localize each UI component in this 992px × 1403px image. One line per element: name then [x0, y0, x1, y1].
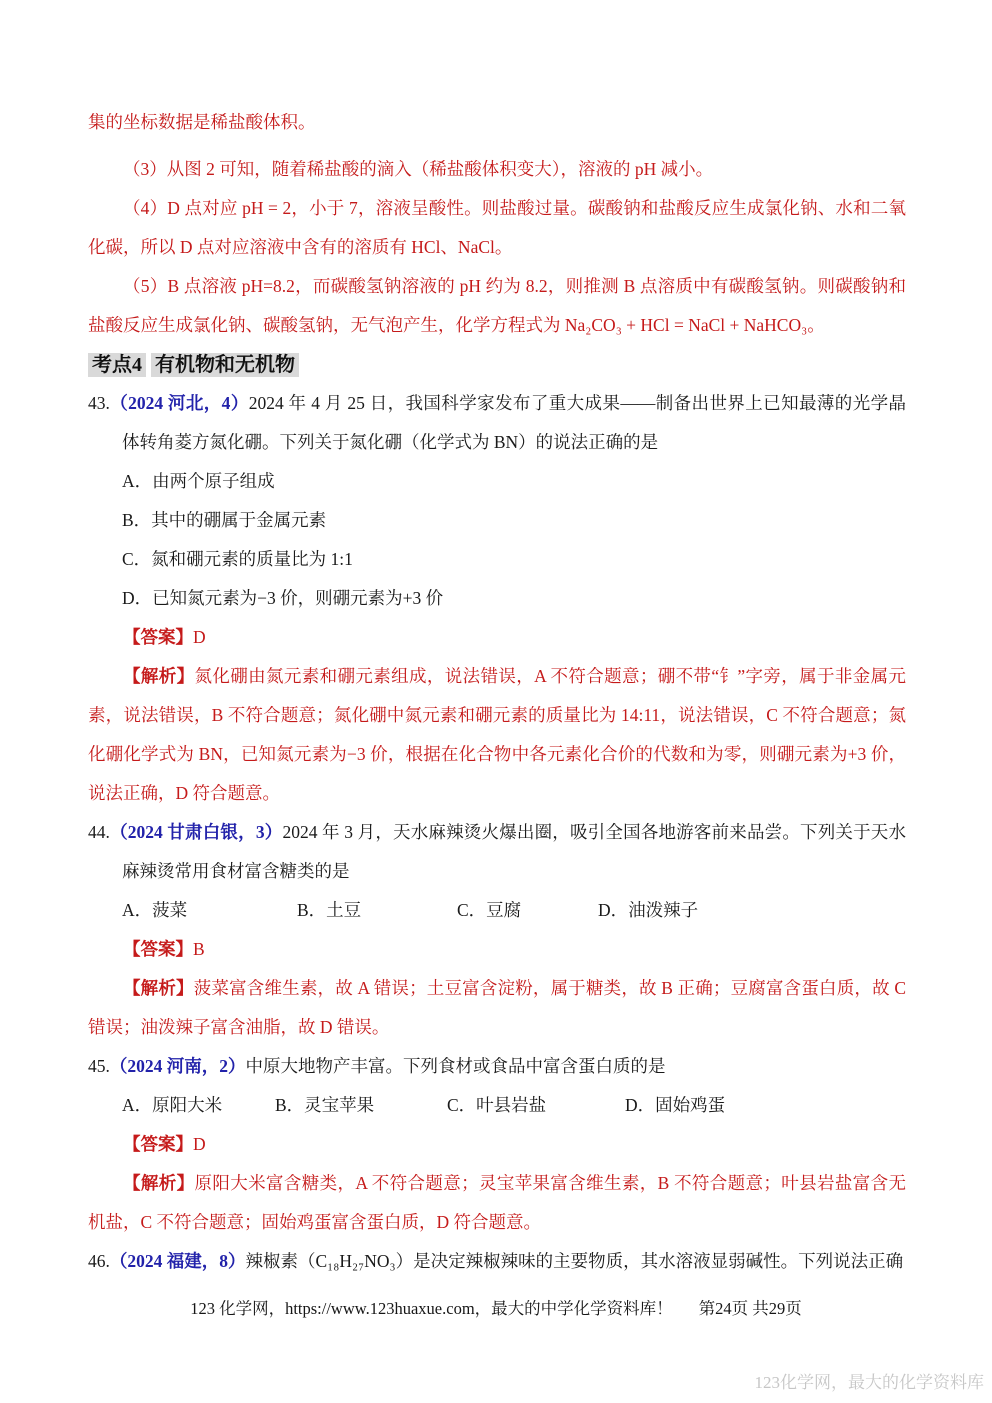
question-source: （2024 福建，8） [110, 1251, 246, 1271]
option-c: C．豆腐 [457, 891, 598, 930]
section-heading: 考点4 有机物和无机物 [88, 348, 906, 382]
section-title: 有机物和无机物 [151, 353, 299, 377]
analysis-label: 【解析】 [123, 666, 195, 686]
question-block-46: 46.（2024 福建，8）辣椒素（C₁₈H₂₇NO₃）是决定辣椒辣味的主要物质… [88, 1242, 906, 1281]
footer-page-number: 第24页 共29页 [699, 1299, 802, 1318]
question-43-stem-line: 43.（2024 河北，4）2024 年 4 月 25 日，我国科学家发布了重大… [88, 384, 906, 462]
intro-paragraph-5: （5）B 点溶液 pH=8.2，而碳酸氢钠溶液的 pH 约为 8.2，则推测 B… [88, 267, 906, 345]
analysis-paragraph: 【解析】原阳大米富含糖类，A 不符合题意；灵宝苹果富含维生素，B 不符合题意；叶… [88, 1164, 906, 1242]
option-d: D．已知氮元素为−3 价，则硼元素为+3 价 [88, 579, 906, 618]
section-badge: 考点4 [88, 353, 146, 377]
option-d: D．油泼辣子 [598, 891, 698, 930]
option-b: B．其中的硼属于金属元素 [88, 501, 906, 540]
option-c: C．氮和硼元素的质量比为 1:1 [88, 540, 906, 579]
option-a: A．菠菜 [122, 891, 297, 930]
analysis-label: 【解析】 [123, 978, 194, 998]
question-number: 46. [88, 1251, 110, 1271]
option-b: B．土豆 [297, 891, 457, 930]
option-c: C．叶县岩盐 [447, 1086, 625, 1125]
document-page: 集的坐标数据是稀盐酸体积。 （3）从图 2 可知，随着稀盐酸的滴入（稀盐酸体积变… [0, 0, 992, 1403]
question-44-stem-line: 44.（2024 甘肃白银，3）2024 年 3 月，天水麻辣烫火爆出圈，吸引全… [88, 813, 906, 891]
page-footer: 123 化学网，https://www.123huaxue.com，最大的中学化… [0, 1296, 992, 1322]
question-45-stem-line: 45.（2024 河南，2）中原大地物产丰富。下列食材或食品中富含蛋白质的是 [88, 1047, 906, 1086]
footer-site-info: 123 化学网，https://www.123huaxue.com，最大的中学化… [190, 1299, 672, 1318]
options-row: A．菠菜B．土豆C．豆腐D．油泼辣子 [88, 891, 906, 930]
option-b: B．灵宝苹果 [275, 1086, 447, 1125]
question-46-stem-line: 46.（2024 福建，8）辣椒素（C₁₈H₂₇NO₃）是决定辣椒辣味的主要物质… [88, 1242, 906, 1281]
option-a: A．由两个原子组成 [88, 462, 906, 501]
question-stem-text: 中原大地物产丰富。下列食材或食品中富含蛋白质的是 [246, 1056, 666, 1076]
question-block-44: 44.（2024 甘肃白银，3）2024 年 3 月，天水麻辣烫火爆出圈，吸引全… [88, 813, 906, 1047]
analysis-label: 【解析】 [123, 1173, 194, 1193]
analysis-text: 菠菜富含维生素，故 A 错误；土豆富含淀粉，属于糖类，故 B 正确；豆腐富含蛋白… [88, 978, 906, 1037]
analysis-paragraph: 【解析】菠菜富含维生素，故 A 错误；土豆富含淀粉，属于糖类，故 B 正确；豆腐… [88, 969, 906, 1047]
intro-continuation-line: 集的坐标数据是稀盐酸体积。 [88, 103, 906, 142]
analysis-text: 氮化硼由氮元素和硼元素组成，说法错误，A 不符合题意；硼不带“钅”字旁，属于非金… [88, 666, 906, 803]
answer-label: 【答案】 [123, 627, 193, 647]
watermark: 123化学网，最大的化学资料库 [755, 1372, 985, 1394]
question-stem-text: 辣椒素（C₁₈H₂₇NO₃）是决定辣椒辣味的主要物质，其水溶液显弱碱性。下列说法… [246, 1251, 904, 1271]
answer-label: 【答案】 [123, 939, 193, 959]
question-source: （2024 河北，4） [110, 393, 249, 413]
analysis-text: 原阳大米富含糖类，A 不符合题意；灵宝苹果富含维生素，B 不符合题意；叶县岩盐富… [88, 1173, 906, 1232]
answer-value: B [193, 939, 205, 959]
option-d: D．固始鸡蛋 [625, 1086, 725, 1125]
analysis-paragraph: 【解析】氮化硼由氮元素和硼元素组成，说法错误，A 不符合题意；硼不带“钅”字旁，… [88, 657, 906, 813]
answer-label: 【答案】 [123, 1134, 193, 1154]
question-source: （2024 甘肃白银，3） [110, 822, 283, 842]
question-number: 43. [88, 393, 110, 413]
question-block-45: 45.（2024 河南，2）中原大地物产丰富。下列食材或食品中富含蛋白质的是 A… [88, 1047, 906, 1242]
answer-line: 【答案】B [88, 930, 906, 969]
question-number: 44. [88, 822, 110, 842]
intro-paragraph-3: （3）从图 2 可知，随着稀盐酸的滴入（稀盐酸体积变大），溶液的 pH 减小。 [88, 150, 906, 189]
document-content: 集的坐标数据是稀盐酸体积。 （3）从图 2 可知，随着稀盐酸的滴入（稀盐酸体积变… [88, 103, 906, 1281]
option-a: A．原阳大米 [122, 1086, 275, 1125]
question-block-43: 43.（2024 河北，4）2024 年 4 月 25 日，我国科学家发布了重大… [88, 384, 906, 813]
intro-paragraph-4: （4）D 点对应 pH = 2，小于 7，溶液呈酸性。则盐酸过量。碳酸钠和盐酸反… [88, 189, 906, 267]
question-number: 45. [88, 1056, 110, 1076]
answer-line: 【答案】D [88, 1125, 906, 1164]
question-source: （2024 河南，2） [110, 1056, 246, 1076]
answer-line: 【答案】D [88, 618, 906, 657]
answer-value: D [193, 627, 206, 647]
options-row: A．原阳大米B．灵宝苹果C．叶县岩盐D．固始鸡蛋 [88, 1086, 906, 1125]
answer-value: D [193, 1134, 206, 1154]
